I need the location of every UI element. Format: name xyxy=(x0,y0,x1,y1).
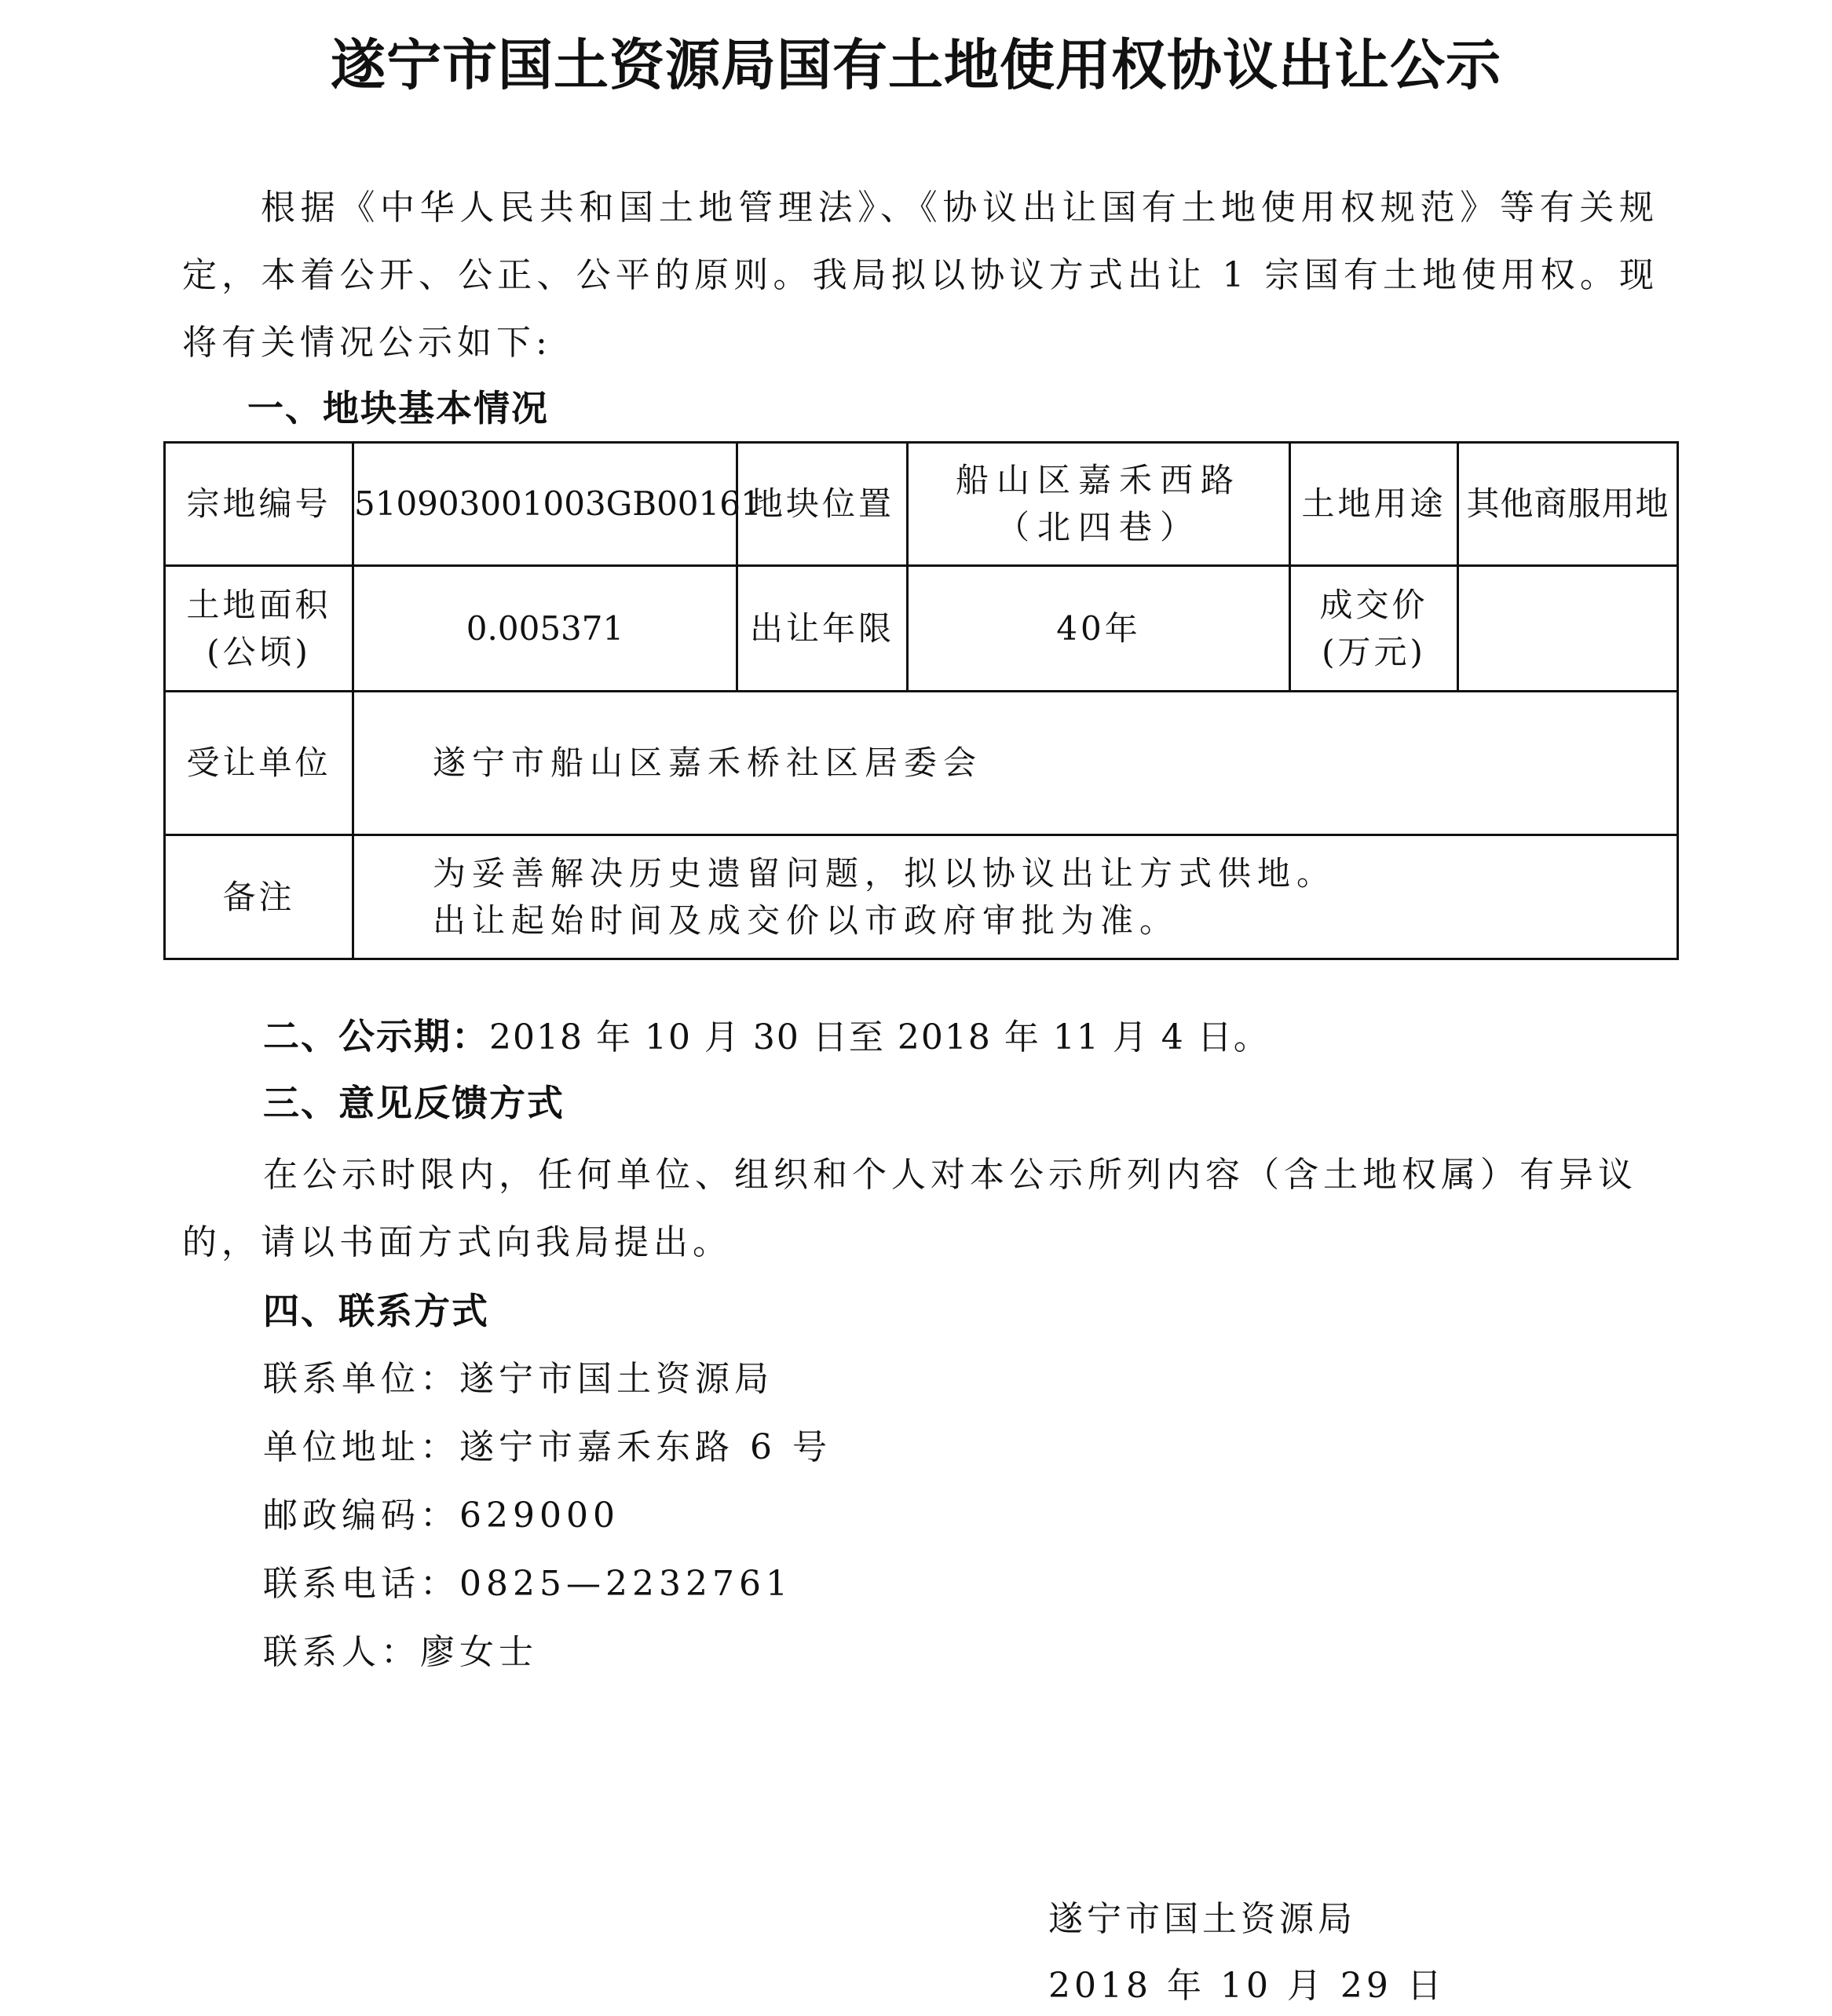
price-value xyxy=(1458,566,1678,692)
usage-label: 土地用途 xyxy=(1290,443,1458,566)
area-label: 土地面积 (公顷) xyxy=(165,566,353,692)
term-label: 出让年限 xyxy=(737,566,908,692)
remarks-line1: 为妥善解决历史遗留问题，拟以协议出让方式供地。 xyxy=(433,850,1677,897)
intro-paragraph: 根据《中华人民共和国土地管理法》、《协议出让国有土地使用权规范》等有关规定，本着… xyxy=(182,174,1658,377)
area-label-unit: (公顷) xyxy=(166,629,352,676)
contact-person: 联系人：廖女士 xyxy=(263,1629,538,1676)
contact-address: 单位地址：遂宁市嘉禾东路 6 号 xyxy=(263,1424,832,1471)
location-label: 地块位置 xyxy=(737,443,908,566)
parcel-no-label: 宗地编号 xyxy=(165,443,353,566)
section4-heading: 四、联系方式 xyxy=(263,1287,489,1335)
remarks-line2: 出让起始时间及成交价以市政府审批为准。 xyxy=(433,897,1677,944)
contact-postcode: 邮政编码：629000 xyxy=(263,1492,620,1539)
section3-heading: 三、意见反馈方式 xyxy=(263,1079,565,1127)
term-value: 40年 xyxy=(908,566,1290,692)
section1-heading: 一、地块基本情况 xyxy=(247,385,549,432)
parcel-info-table: 宗地编号 510903001003GB00161 地块位置 船山区嘉禾西路 （北… xyxy=(163,441,1679,960)
contact-unit: 联系单位：遂宁市国土资源局 xyxy=(263,1356,773,1403)
location-value-line2: （北四巷） xyxy=(909,504,1289,551)
grantee-label: 受让单位 xyxy=(165,692,353,835)
publicity-period: 2018 年 10 月 30 日至 2018 年 11 月 4 日。 xyxy=(489,1017,1270,1057)
grantee-value: 遂宁市船山区嘉禾桥社区居委会 xyxy=(353,692,1678,835)
page-title: 遂宁市国土资源局国有土地使用权协议出让公示 xyxy=(0,30,1832,100)
signature-org: 遂宁市国土资源局 xyxy=(1048,1896,1356,1943)
table-row: 备注 为妥善解决历史遗留问题，拟以协议出让方式供地。 出让起始时间及成交价以市政… xyxy=(165,835,1678,959)
table-row: 土地面积 (公顷) 0.005371 出让年限 40年 成交价 (万元) xyxy=(165,566,1678,692)
location-value: 船山区嘉禾西路 （北四巷） xyxy=(908,443,1290,566)
parcel-no-value: 510903001003GB00161 xyxy=(353,443,737,566)
feedback-line2: 的，请以书面方式向我局提出。 xyxy=(182,1219,732,1266)
table-row: 受让单位 遂宁市船山区嘉禾桥社区居委会 xyxy=(165,692,1678,835)
area-label-line1: 土地面积 xyxy=(166,582,352,629)
remarks-label: 备注 xyxy=(165,835,353,959)
price-label: 成交价 (万元) xyxy=(1290,566,1458,692)
section2-heading: 二、公示期： xyxy=(263,1015,489,1057)
price-label-unit: (万元) xyxy=(1291,629,1457,676)
feedback-line1: 在公示时限内，任何单位、组织和个人对本公示所列内容（含土地权属）有异议 xyxy=(263,1152,1637,1199)
contact-phone: 联系电话：0825—2232761 xyxy=(263,1561,792,1608)
location-value-line1: 船山区嘉禾西路 xyxy=(909,457,1289,504)
table-row: 宗地编号 510903001003GB00161 地块位置 船山区嘉禾西路 （北… xyxy=(165,443,1678,566)
remarks-value: 为妥善解决历史遗留问题，拟以协议出让方式供地。 出让起始时间及成交价以市政府审批… xyxy=(353,835,1678,959)
price-label-line1: 成交价 xyxy=(1291,582,1457,629)
area-value: 0.005371 xyxy=(353,566,737,692)
signature-date: 2018 年 10 月 29 日 xyxy=(1048,1963,1446,2010)
usage-value: 其他商服用地 xyxy=(1458,443,1678,566)
section2: 二、公示期：2018 年 10 月 30 日至 2018 年 11 月 4 日。 xyxy=(263,1013,1270,1061)
